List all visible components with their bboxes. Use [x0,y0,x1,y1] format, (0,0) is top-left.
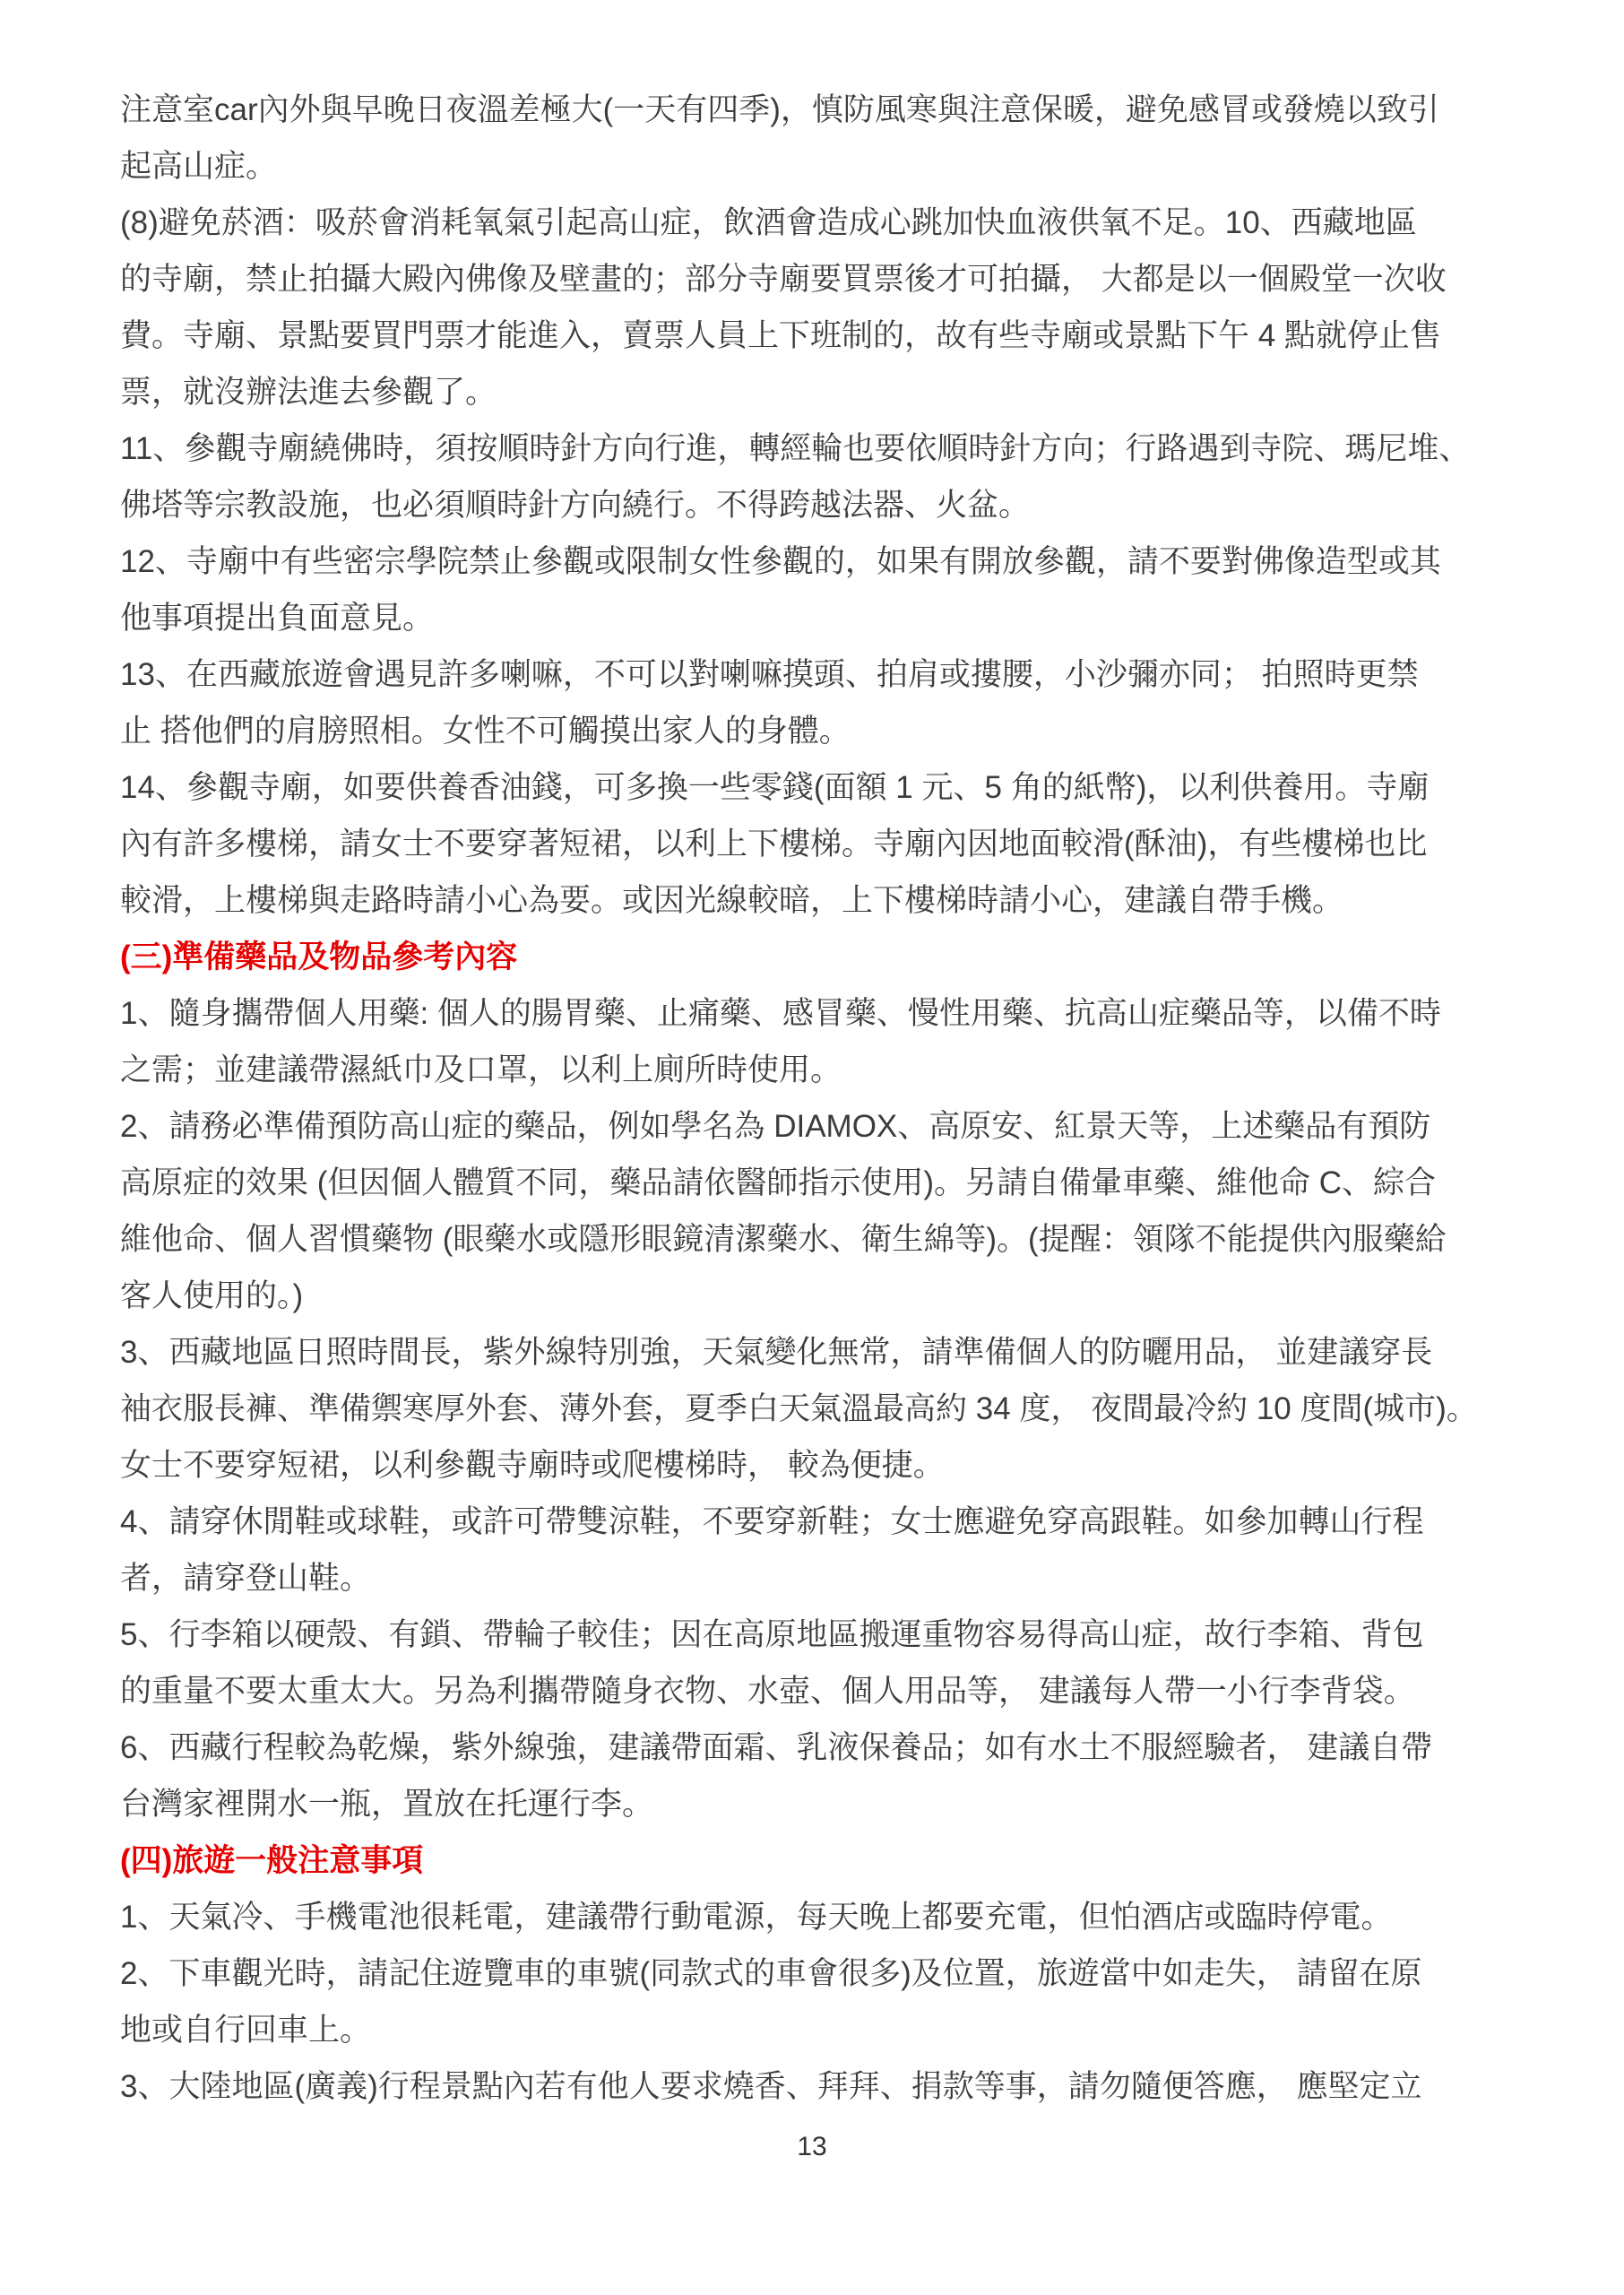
page-number: 13 [797,2122,826,2172]
body-text-line: 起高山症。 [120,138,1504,195]
body-text-line: 地或自行回車上。 [120,2002,1504,2058]
body-text-line: 女士不要穿短裙，以利參觀寺廟時或爬樓梯時， 較為便捷。 [120,1437,1504,1494]
body-text-line: 內有許多樓梯，請女士不要穿著短裙，以利上下樓梯。寺廟內因地面較滑(酥油)，有些樓… [120,816,1504,872]
body-text-line: 之需；並建議帶濕紙巾及口罩，以利上廁所時使用。 [120,1042,1504,1098]
body-text-line: 的重量不要太重太大。另為利攜帶隨身衣物、水壺、個人用品等， 建議每人帶一小行李背… [120,1663,1504,1719]
document-body: 注意室car內外與早晚日夜溫差極大(一天有四季)，慎防風寒與注意保暖，避免感冒或… [120,82,1504,2115]
body-text-line: 袖衣服長褲、準備禦寒厚外套、薄外套，夏季白天氣溫最高約 34 度， 夜間最冷約 … [120,1381,1504,1437]
section-heading: (三)準備藥品及物品參考內容 [120,929,1504,985]
body-text-line: 14、參觀寺廟，如要供養香油錢，可多換一些零錢(面額 1 元、5 角的紙幣)，以… [120,759,1504,816]
body-text-line: 2、下車觀光時，請記住遊覽車的車號(同款式的車會很多)及位置，旅遊當中如走失， … [120,1945,1504,2002]
body-text-line: 較滑，上樓梯與走路時請小心為要。或因光線較暗，上下樓梯時請小心，建議自帶手機。 [120,872,1504,929]
body-text-line: 4、請穿休閒鞋或球鞋，或許可帶雙涼鞋，不要穿新鞋；女士應避免穿高跟鞋。如參加轉山… [120,1494,1504,1550]
body-text-line: (8)避免菸酒：吸菸會消耗氧氣引起高山症，飲酒會造成心跳加快血液供氧不足。10、… [120,195,1504,251]
body-text-line: 台灣家裡開水一瓶，置放在托運行李。 [120,1776,1504,1832]
body-text-line: 1、天氣冷、手機電池很耗電，建議帶行動電源，每天晚上都要充電，但怕酒店或臨時停電… [120,1889,1504,1945]
body-text-line: 6、西藏行程較為乾燥，紫外線強，建議帶面霜、乳液保養品；如有水土不服經驗者， 建… [120,1719,1504,1776]
body-text-line: 者，請穿登山鞋。 [120,1550,1504,1606]
body-text-line: 維他命、個人習慣藥物 (眼藥水或隱形眼鏡清潔藥水、衛生綿等)。(提醒：領隊不能提… [120,1211,1504,1268]
body-text-line: 的寺廟，禁止拍攝大殿內佛像及壁畫的；部分寺廟要買票後才可拍攝， 大都是以一個殿堂… [120,251,1504,307]
body-text-line: 3、西藏地區日照時間長，紫外線特別強，天氣變化無常，請準備個人的防曬用品， 並建… [120,1324,1504,1381]
body-text-line: 11、參觀寺廟繞佛時，須按順時針方向行進，轉經輪也要依順時針方向；行路遇到寺院、… [120,420,1504,477]
body-text-line: 1、隨身攜帶個人用藥: 個人的腸胃藥、止痛藥、感冒藥、慢性用藥、抗高山症藥品等，… [120,985,1504,1042]
body-text-line: 佛塔等宗教設施，也必須順時針方向繞行。不得跨越法器、火盆。 [120,477,1504,533]
page-footer: 13 [120,2122,1504,2172]
section-heading: (四)旅遊一般注意事項 [120,1832,1504,1889]
body-text-line: 止 搭他們的肩膀照相。女性不可觸摸出家人的身體。 [120,703,1504,759]
body-text-line: 客人使用的。) [120,1268,1504,1324]
body-text-line: 注意室car內外與早晚日夜溫差極大(一天有四季)，慎防風寒與注意保暖，避免感冒或… [120,82,1504,138]
body-text-line: 5、行李箱以硬殼、有鎖、帶輪子較佳；因在高原地區搬運重物容易得高山症，故行李箱、… [120,1606,1504,1663]
body-text-line: 票，就沒辦法進去參觀了。 [120,364,1504,420]
body-text-line: 12、寺廟中有些密宗學院禁止參觀或限制女性參觀的，如果有開放參觀，請不要對佛像造… [120,533,1504,590]
body-text-line: 3、大陸地區(廣義)行程景點內若有他人要求燒香、拜拜、捐款等事，請勿隨便答應， … [120,2058,1504,2115]
body-text-line: 13、在西藏旅遊會遇見許多喇嘛，不可以對喇嘛摸頭、拍肩或摟腰，小沙彌亦同； 拍照… [120,646,1504,703]
body-text-line: 2、請務必準備預防高山症的藥品，例如學名為 DIAMOX、高原安、紅景天等，上述… [120,1098,1504,1155]
body-text-line: 他事項提出負面意見。 [120,590,1504,646]
document-page: 注意室car內外與早晚日夜溫差極大(一天有四季)，慎防風寒與注意保暖，避免感冒或… [0,0,1624,2295]
body-text-line: 高原症的效果 (但因個人體質不同，藥品請依醫師指示使用)。另請自備暈車藥、維他命… [120,1155,1504,1211]
body-text-line: 費。寺廟、景點要買門票才能進入，賣票人員上下班制的，故有些寺廟或景點下午 4 點… [120,307,1504,364]
